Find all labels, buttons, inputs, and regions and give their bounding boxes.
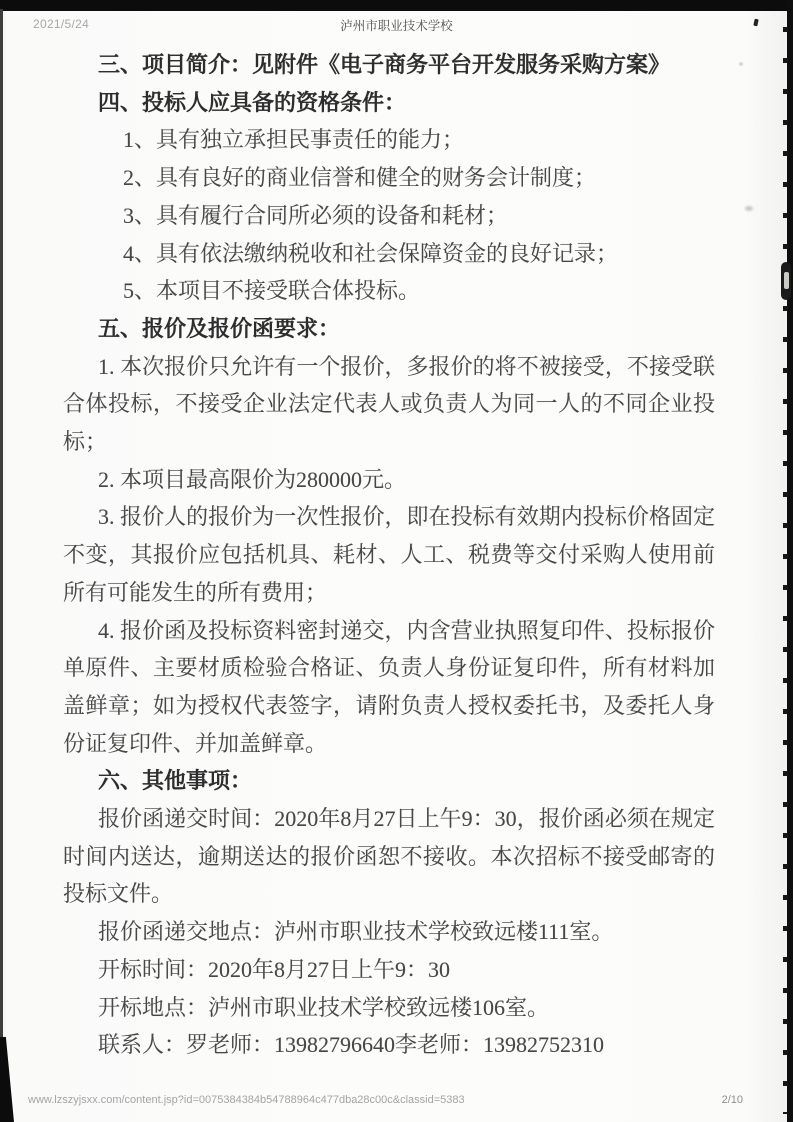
- paragraph: 4. 报价函及投标资料密封递交，内含营业执照复印件、投标报价单原件、主要材质检验…: [63, 612, 715, 763]
- paragraph: 开标地点：泸州市职业技术学校致远楼106室。: [63, 989, 715, 1027]
- section-heading: 五、报价及报价函要求：: [63, 310, 715, 348]
- scan-bottom-left-corner: [0, 1037, 14, 1122]
- section-heading: 四、投标人应具备的资格条件：: [63, 84, 715, 122]
- list-item: 1、具有独立承担民事责任的能力；: [63, 121, 715, 159]
- paragraph: 联系人：罗老师：13982796640李老师：13982752310: [63, 1026, 715, 1064]
- list-item: 5、本项目不接受联合体投标。: [63, 272, 715, 310]
- paragraph: 报价函递交地点：泸州市职业技术学校致远楼111室。: [63, 913, 715, 951]
- print-source-url: www.lzszyjsxx.com/content.jsp?id=0075384…: [28, 1094, 465, 1106]
- paragraph: 3. 报价人的报价为一次性报价，即在投标有效期内投标价格固定不变，其报价应包括机…: [63, 498, 715, 611]
- paragraph: 报价函递交时间：2020年8月27日上午9：30，报价函必须在规定时间内送达，逾…: [63, 800, 715, 913]
- ink-smudge: [745, 206, 753, 211]
- page-number-indicator: 2/10: [722, 1094, 743, 1106]
- list-item: 2、具有良好的商业信誉和健全的财务会计制度；: [63, 159, 715, 197]
- paragraph: 1. 本次报价只允许有一个报价，多报价的将不被接受，不接受联合体投标，不接受企业…: [63, 348, 715, 461]
- list-item: 3、具有履行合同所必须的设备和耗材；: [63, 197, 715, 235]
- paragraph: 2. 本项目最高限价为280000元。: [63, 461, 715, 499]
- document-body: 三、项目简介：见附件《电子商务平台开发服务采购方案》 四、投标人应具备的资格条件…: [63, 46, 715, 1064]
- list-item: 4、具有依法缴纳税收和社会保障资金的良好记录；: [63, 235, 715, 273]
- page-title: 泸州市职业技术学校: [0, 16, 793, 34]
- scan-right-edge-notch: [784, 272, 789, 289]
- section-heading: 三、项目简介：见附件《电子商务平台开发服务采购方案》: [63, 46, 715, 84]
- scan-left-edge: [0, 9, 3, 1122]
- ink-dot: [739, 62, 743, 66]
- paragraph: 开标时间：2020年8月27日上午9：30: [63, 951, 715, 989]
- scan-right-edge-bumps: [783, 14, 788, 1114]
- scan-top-bar: [0, 0, 793, 11]
- section-heading: 六、其他事项：: [63, 762, 715, 800]
